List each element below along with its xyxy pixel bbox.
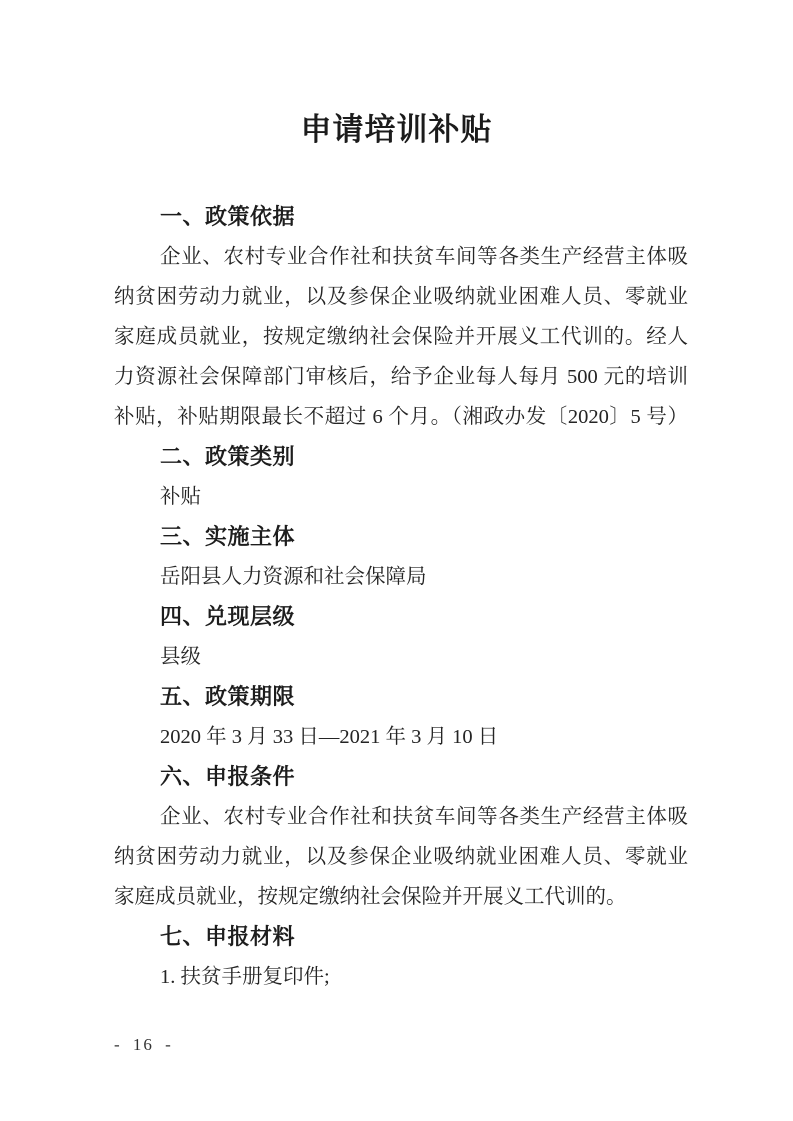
paragraph-line: 力资源社会保障部门审核后，给予企业每人每月 500 元的培训 xyxy=(114,357,688,397)
paragraph-line: 企业、农村专业合作社和扶贫车间等各类生产经营主体吸 xyxy=(114,237,688,277)
paragraph-line: 纳贫困劳动力就业，以及参保企业吸纳就业困难人员、零就业 xyxy=(114,837,688,877)
section-6-heading: 六、申报条件 xyxy=(114,757,688,797)
paragraph-line: 补贴，补贴期限最长不超过 6 个月。（湘政办发〔2020〕5 号） xyxy=(114,397,688,437)
document-page: 申请培训补贴 一、政策依据 企业、农村专业合作社和扶贫车间等各类生产经营主体吸 … xyxy=(0,0,793,1121)
section-5-heading: 五、政策期限 xyxy=(114,677,688,717)
paragraph-line: 企业、农村专业合作社和扶贫车间等各类生产经营主体吸 xyxy=(114,797,688,837)
document-body: 一、政策依据 企业、农村专业合作社和扶贫车间等各类生产经营主体吸 纳贫困劳动力就… xyxy=(114,197,688,997)
section-1-heading: 一、政策依据 xyxy=(114,197,688,237)
section-4-heading: 四、兑现层级 xyxy=(114,597,688,637)
paragraph-line: 纳贫困劳动力就业，以及参保企业吸纳就业困难人员、零就业 xyxy=(114,277,688,317)
page-number: - 16 - xyxy=(114,1034,173,1056)
paragraph-line: 补贴 xyxy=(114,477,688,517)
paragraph-line: 家庭成员就业，按规定缴纳社会保险并开展义工代训的。经人 xyxy=(114,317,688,357)
paragraph-line: 2020 年 3 月 33 日—2021 年 3 月 10 日 xyxy=(114,717,688,757)
paragraph-line: 家庭成员就业，按规定缴纳社会保险并开展义工代训的。 xyxy=(114,877,688,917)
paragraph-line: 县级 xyxy=(114,637,688,677)
section-2-heading: 二、政策类别 xyxy=(114,437,688,477)
paragraph-line: 岳阳县人力资源和社会保障局 xyxy=(114,557,688,597)
section-7-heading: 七、申报材料 xyxy=(114,917,688,957)
document-title: 申请培训补贴 xyxy=(0,110,793,150)
paragraph-line: 1. 扶贫手册复印件; xyxy=(114,957,688,997)
section-3-heading: 三、实施主体 xyxy=(114,517,688,557)
